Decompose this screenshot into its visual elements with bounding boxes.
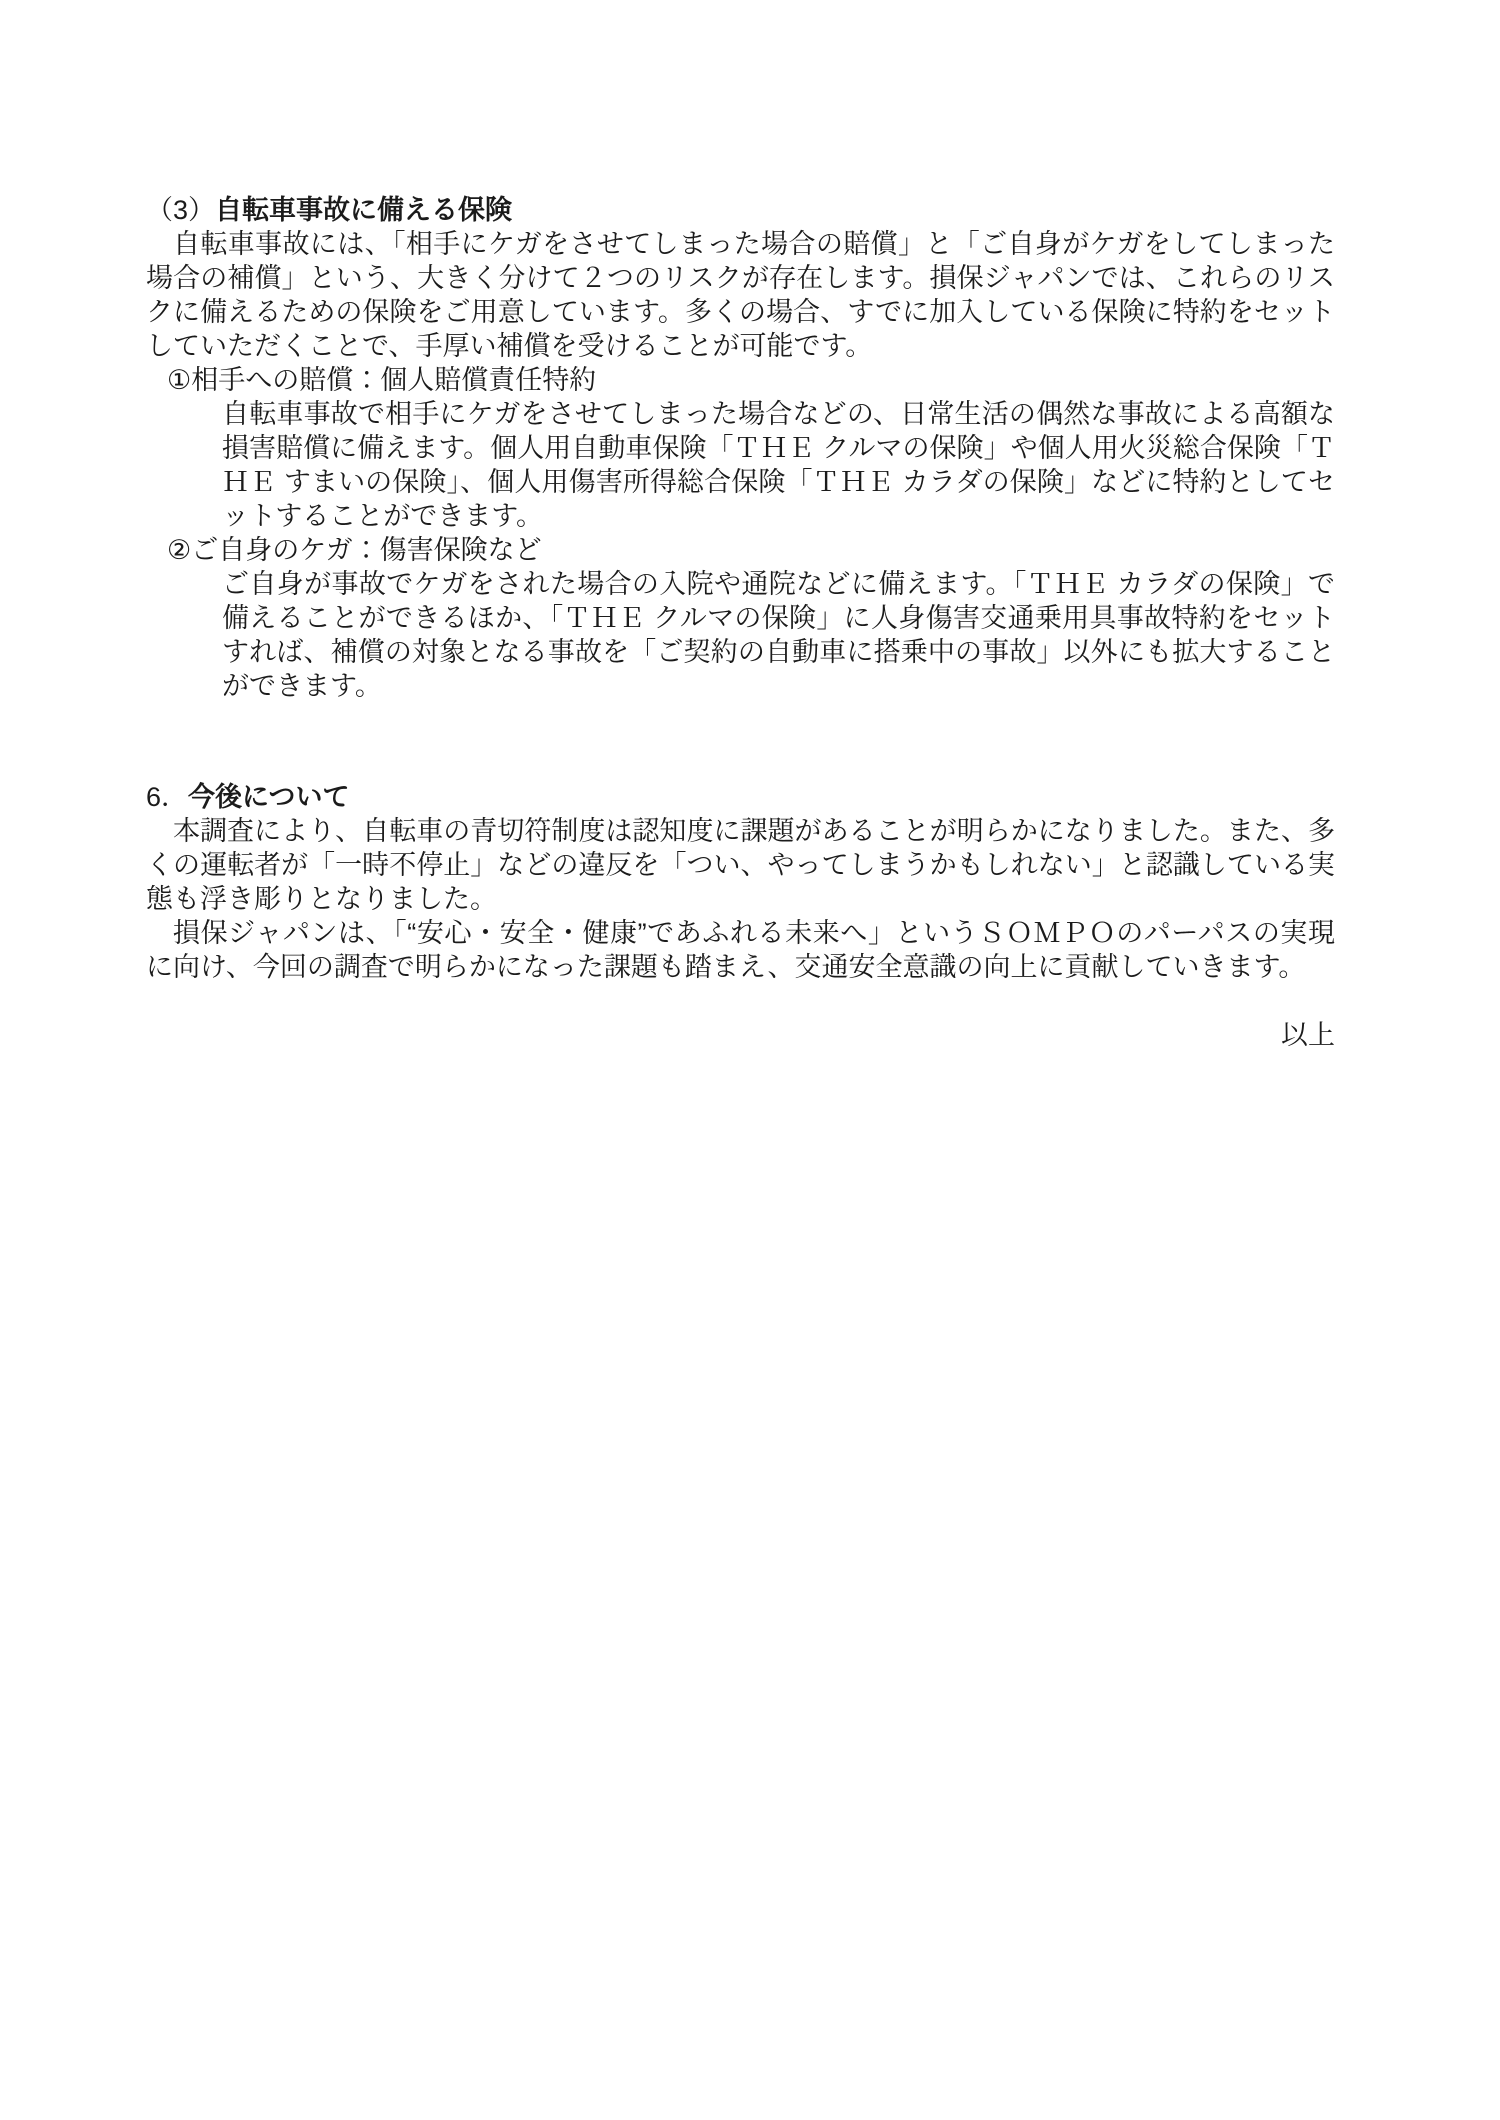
section-insurance-heading-title: 自転車事故に備える保険 — [215, 195, 512, 225]
section-bicycle-insurance: （3）自転車事故に備える保険 自転車事故には、「相手にケガをさせてしまった場合の… — [146, 193, 1335, 703]
section-insurance-heading-number: （3） — [146, 195, 215, 225]
section-future: 6．今後について 本調査により、自転車の青切符制度は認知度に課題があることが明ら… — [146, 780, 1335, 984]
section-future-heading: 6．今後について — [146, 780, 1335, 814]
insurance-item-2-label: ②ご自身のケガ：傷害保険など — [167, 533, 1335, 567]
insurance-item-1-label: ①相手への賠償：個人賠償責任特約 — [167, 363, 1335, 397]
future-paragraph-2: 損保ジャパンは、「“安心・安全・健康”であふれる未来へ」というＳＯＭＰＯのパーパ… — [146, 916, 1335, 984]
future-paragraph-1: 本調査により、自転車の青切符制度は認知度に課題があることが明らかになりました。ま… — [146, 814, 1335, 916]
insurance-intro-paragraph: 自転車事故には、「相手にケガをさせてしまった場合の賠償」と「ご自身がケガをしてし… — [146, 227, 1335, 363]
closing-text: 以上 — [146, 1018, 1335, 1052]
section-insurance-heading: （3）自転車事故に備える保険 — [146, 193, 1335, 227]
section-future-heading-number: 6． — [146, 782, 188, 812]
insurance-item-2-body: ご自身が事故でケガをされた場合の入院や通院などに備えます。「ＴＨＥ カラダの保険… — [222, 567, 1335, 703]
insurance-item-1-body: 自転車事故で相手にケガをさせてしまった場合などの、日常生活の偶然な事故による高額… — [222, 397, 1335, 533]
document-page: （3）自転車事故に備える保険 自転車事故には、「相手にケガをさせてしまった場合の… — [0, 0, 1500, 2120]
section-future-heading-title: 今後について — [188, 782, 349, 812]
